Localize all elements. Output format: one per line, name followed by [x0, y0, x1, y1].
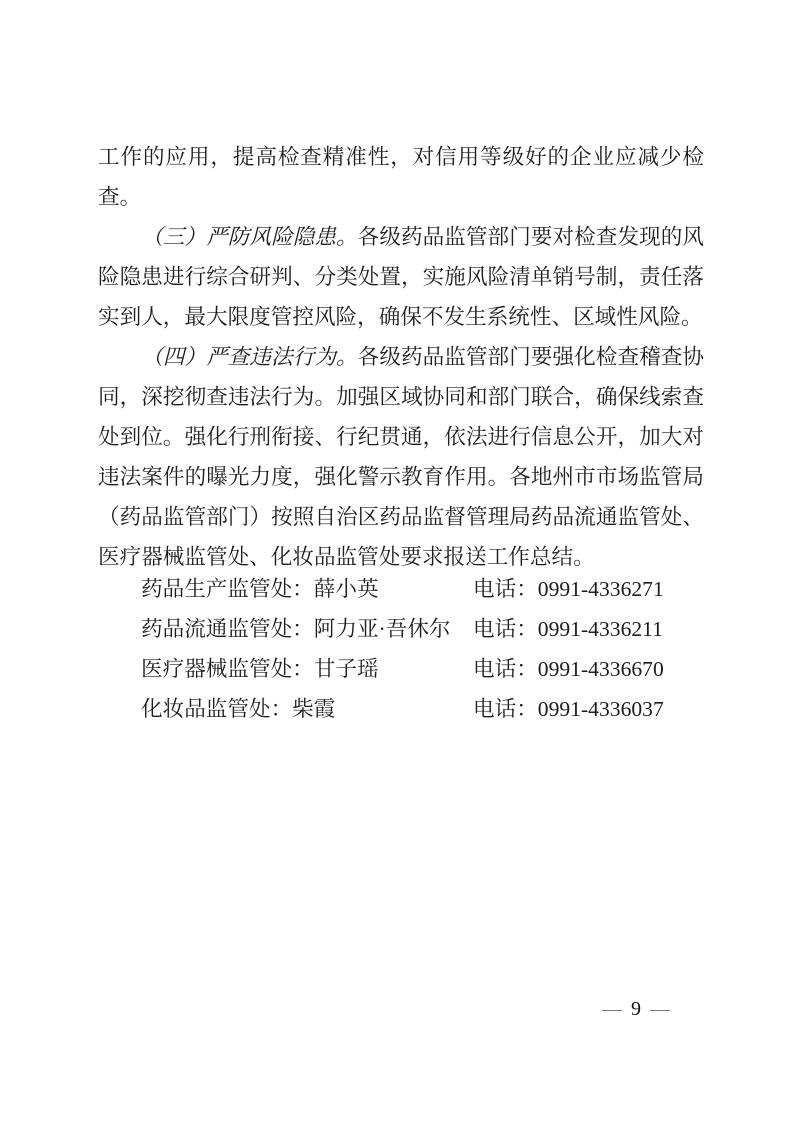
phone-label: 电话： [473, 617, 538, 641]
document-page: 工作的应用，提高检查精准性，对信用等级好的企业应减少检查。 （三）严防风险隐患。… [0, 0, 793, 1122]
section-four-heading: （四）严查违法行为。 [141, 345, 357, 369]
phone-number: 0991-4336037 [538, 697, 664, 721]
page-number-right-dash: — [650, 998, 670, 1020]
section-three-heading: （三）严防风险隐患。 [141, 225, 357, 249]
contact-row-cosmetics: 化妆品监管处：柴霞 电话：0991-4336037 [98, 689, 704, 729]
phone-label: 电话： [473, 657, 538, 681]
contact-phone: 电话：0991-4336271 [473, 569, 664, 609]
paragraph-section-four: （四）严查违法行为。各级药品监管部门要强化检查稽查协同，深挖彻查违法行为。加强区… [98, 337, 704, 577]
contact-list: 药品生产监管处：薛小英 电话：0991-4336271 药品流通监管处：阿力亚·… [98, 569, 704, 729]
document-body: 工作的应用，提高检查精准性，对信用等级好的企业应减少检查。 （三）严防风险隐患。… [98, 137, 704, 729]
contact-row-drug-circulation: 药品流通监管处：阿力亚·吾休尔 电话：0991-4336211 [98, 609, 704, 649]
contact-name: 柴霞 [292, 697, 335, 721]
phone-label: 电话： [473, 577, 538, 601]
page-number: —9— [602, 998, 670, 1020]
contact-phone: 电话：0991-4336037 [473, 689, 664, 729]
contact-label: 化妆品监管处： [141, 697, 292, 721]
phone-number: 0991-4336670 [538, 657, 664, 681]
contact-name: 阿力亚·吾休尔 [314, 617, 451, 641]
page-number-value: 9 [631, 998, 641, 1020]
paragraph-text: 各级药品监管部门要强化检查稽查协同，深挖彻查违法行为。加强区域协同和部门联合，确… [98, 345, 704, 569]
phone-number: 0991-4336271 [538, 577, 664, 601]
contact-label: 药品流通监管处： [141, 617, 314, 641]
contact-name: 薛小英 [314, 577, 379, 601]
contact-phone: 电话：0991-4336670 [473, 649, 664, 689]
contact-name: 甘子瑶 [314, 657, 379, 681]
contact-row-drug-production: 药品生产监管处：薛小英 电话：0991-4336271 [98, 569, 704, 609]
contact-label: 医疗器械监管处： [141, 657, 314, 681]
contact-phone: 电话：0991-4336211 [473, 609, 663, 649]
phone-label: 电话： [473, 697, 538, 721]
contact-row-medical-devices: 医疗器械监管处：甘子瑶 电话：0991-4336670 [98, 649, 704, 689]
paragraph-section-three: （三）严防风险隐患。各级药品监管部门要对检查发现的风险隐患进行综合研判、分类处置… [98, 217, 704, 337]
paragraph-text: 工作的应用，提高检查精准性，对信用等级好的企业应减少检查。 [98, 145, 704, 209]
contact-label: 药品生产监管处： [141, 577, 314, 601]
paragraph-continuation: 工作的应用，提高检查精准性，对信用等级好的企业应减少检查。 [98, 137, 704, 217]
page-number-left-dash: — [602, 998, 622, 1020]
phone-number: 0991-4336211 [538, 617, 663, 641]
